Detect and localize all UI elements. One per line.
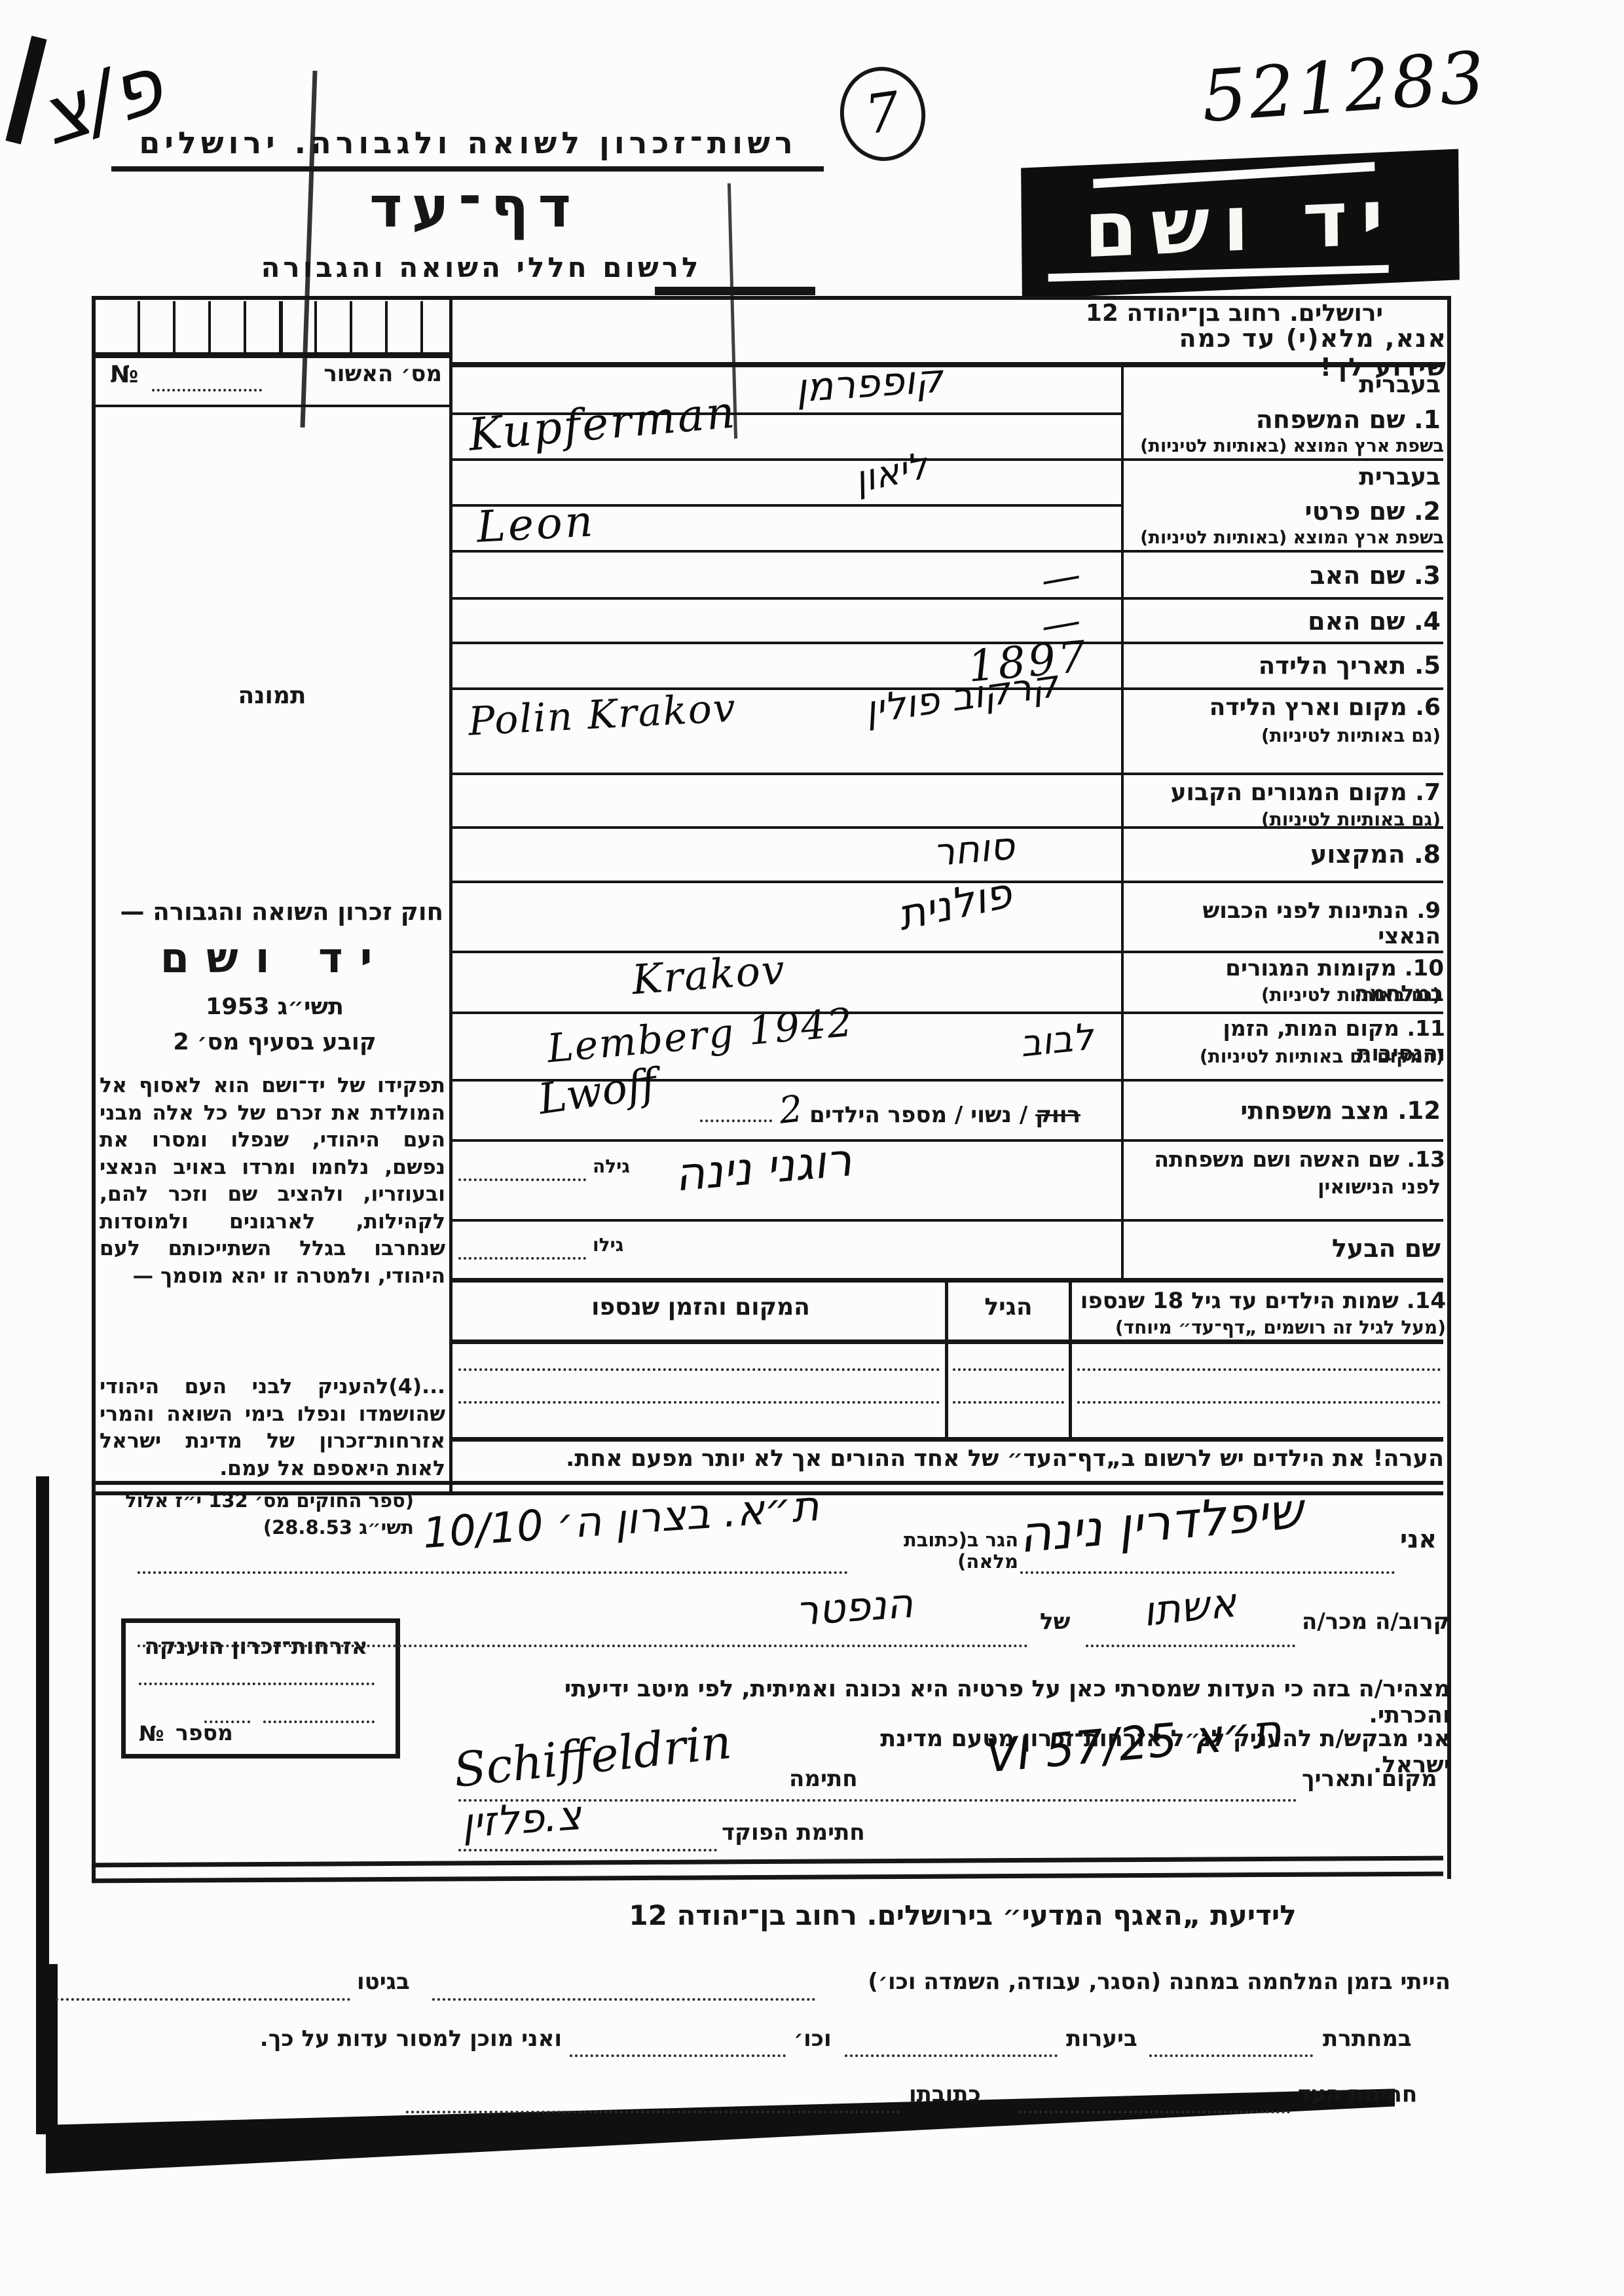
serial-tick [138, 301, 140, 352]
double-line-top-1 [92, 1481, 1443, 1485]
children-row-blank [953, 1401, 1064, 1404]
law-title: חוק זכרון השואה והגבורה — [106, 898, 443, 926]
clerk-signature-blank [458, 1849, 717, 1851]
form-subtitle: לרשום חללי השואה והגבורה [206, 252, 756, 283]
field1-lang-note: בעברית [1133, 371, 1441, 398]
circled-number-value: 7 [862, 85, 903, 143]
org-title-underline [111, 166, 824, 172]
header-address: ירושלים. רחוב בן־יהודה 12 [1018, 300, 1450, 327]
law-year: תשי״ג 1953 [106, 994, 443, 1020]
field12-separator [451, 1139, 1443, 1142]
approval-no-label: מס׳ האשור [278, 361, 442, 387]
field4-separator [451, 642, 1443, 644]
ghetto-label: בגיטו [357, 1969, 410, 1995]
children-row-blank [458, 1401, 940, 1404]
husband-age-blank [458, 1257, 586, 1260]
field10-separator [451, 1011, 1443, 1014]
children-row-blank [1077, 1401, 1441, 1404]
children-row-blank [953, 1368, 1064, 1371]
relation-blank [1086, 1645, 1295, 1647]
field1-label: 1. שם המשפחה [1133, 406, 1441, 435]
declarant-address-label: הגר ב(כתובת מלאה) [851, 1529, 1018, 1573]
tick-row-bottom [96, 352, 449, 358]
witness-address-label: כתובתו [909, 2082, 981, 2107]
left-column-divider [449, 296, 452, 1493]
declaration-statement: מצהיר/ה בזה כי העדות שמסרתי כאן על פרטיה… [501, 1676, 1450, 1729]
field12-option-married-children: / נשוי / מספר הילדים [809, 1102, 1035, 1128]
husband-label: שם הבעל [1133, 1235, 1441, 1264]
witness-signature-label: חתימת העד [1298, 2082, 1417, 2107]
field3-label: 3. שם האב [1133, 562, 1441, 591]
field11-sub-label: (המקום גם באותיות לטיניות) [1130, 1046, 1444, 1067]
camp-blank [432, 1998, 815, 2001]
field7-label: 7. מקום המגורים הקבוע [1133, 779, 1441, 806]
citizenship-blank-2 [263, 1721, 375, 1723]
field6-label: 6. מקום וארץ הלידה [1133, 694, 1441, 721]
children-row-blank [1077, 1368, 1441, 1371]
field14-sub-label: (מעל לגיל זה רושמים „דף־עד״ מיוחד) [1079, 1317, 1446, 1338]
forests-blank [845, 2054, 1058, 2057]
field1-separator [451, 458, 1443, 461]
underground-blank [1149, 2054, 1313, 2057]
serial-number-handwritten: 521283 [1200, 43, 1490, 133]
field12-option-single: רווק [1035, 1102, 1080, 1128]
field12-label: 12. מצב משפחתי [1133, 1097, 1441, 1125]
serial-tick [279, 301, 283, 352]
field8-value: סוחר [932, 827, 1016, 872]
scan-edge-bar [36, 1476, 49, 2134]
serial-tick [350, 301, 352, 352]
clerk-signature-handwritten: צ.פלזין [460, 1795, 583, 1844]
children-table-vline [945, 1283, 948, 1437]
field5-label: 5. תאריך הלידה [1133, 652, 1441, 680]
footer-notice: לידיעת „האגף המדעי״ בירושלים. רחוב בן־יה… [537, 1900, 1388, 1931]
clerk-signature-label: חתימת הפוקד [722, 1820, 865, 1846]
field13-age-label: גילה [593, 1156, 630, 1177]
children-note: הערה! את הילדים יש לרשום ב„דף־העד״ של אח… [458, 1446, 1444, 1472]
law-reference: (ספר החוקים מס׳ 132 י״ז אלול תשי״ג 28.8.… [106, 1487, 414, 1540]
signature-label: חתימה [789, 1766, 858, 1792]
scan-edge-bar [49, 1964, 58, 2128]
field2-sub-label: בשפת ארץ המוצא (באותיות לטיניות) [1126, 528, 1444, 548]
field2-value-latin: Leon [475, 500, 596, 549]
witness-address-blank [406, 2111, 900, 2113]
children-col-age: הגיל [950, 1294, 1067, 1321]
children-col-place: המקום והזמן שנספו [458, 1294, 943, 1321]
yad-vashem-logo: יד ושם [1021, 149, 1460, 299]
children-header-line [451, 1339, 1443, 1344]
field9-label: 9. הנתינות לפני הכבוש הנאצי [1133, 898, 1441, 949]
field13-sub-label: לפני הנישואין [1133, 1176, 1441, 1199]
of-handwritten: הנפטר [794, 1583, 914, 1631]
approval-no-symbol: № [110, 361, 138, 388]
place-date-label: מקום ותאריך [1302, 1766, 1437, 1792]
testify-statement: ואני מוכן למסור עדות על כך. [248, 2026, 562, 2052]
relation-handwritten: אשתו [1141, 1582, 1238, 1633]
field2-separator [451, 550, 1443, 553]
field6-separator [451, 773, 1443, 775]
field10-value: Krakov [631, 949, 787, 1000]
field1-value-hebrew: קופפרמן [794, 359, 944, 409]
husband-age-label: גילו [593, 1235, 623, 1256]
approval-row-line [96, 405, 449, 407]
field3-separator [451, 597, 1443, 600]
citizenship-blank-1 [139, 1683, 375, 1685]
serial-tick [244, 301, 246, 352]
field6-sub-label: (גם באותיות לטיניות) [1133, 725, 1441, 746]
serial-tick [420, 301, 423, 352]
org-title: רשות־זכרון לשואה ולגבורה. ירושלים [111, 126, 825, 160]
citizenship-number-label: מספר [175, 1721, 233, 1745]
field14-label: 14. שמות הילדים עד גיל 18 שנספו [1079, 1288, 1446, 1314]
field12-printed-options: רווק / נשוי / מספר הילדים 2 [661, 1092, 1080, 1129]
form-title: דף־עד [357, 175, 593, 240]
children-table-bottom [451, 1437, 1443, 1442]
declarant-name-blank [1020, 1571, 1395, 1574]
serial-tick [385, 301, 388, 352]
serial-tick [208, 301, 211, 352]
instruction-underline [451, 362, 1443, 367]
camp-line-label: הייתי בזמן המלחמה במחנה (הסגר, עבודה, הש… [822, 1969, 1450, 1995]
page-of-testimony-scan: פ/צ רשות־זכרון לשואה ולגבורה. ירושלים דף… [0, 0, 1624, 2296]
field1-sub-label: בשפת ארץ המוצא (באותיות לטיניות) [1126, 436, 1444, 456]
field2-label: 2. שם פרטי [1133, 498, 1441, 526]
field13-age-blank [458, 1178, 586, 1181]
scan-bottom-wedge [46, 2085, 1395, 2174]
children-row-blank [458, 1368, 940, 1371]
field13-label: 13. שם האשה ושם משפחתה [1128, 1147, 1445, 1172]
field13-separator [451, 1219, 1443, 1222]
relation-label: קרוב/ה מכר/ה [1302, 1609, 1450, 1635]
field4-label: 4. שם האם [1133, 608, 1441, 636]
etc-label: וכו׳ [794, 2026, 832, 2052]
declarant-i-label: אני [1400, 1525, 1437, 1554]
law-yad-vashem: יד ושם [106, 935, 443, 983]
yad-vashem-logo-text: יד ושם [1084, 173, 1397, 275]
law-body: תפקידו של יד־ושם הוא לאסוף אל המולדת את … [100, 1072, 445, 1290]
witness-signature-blank [1018, 2111, 1290, 2113]
ghetto-blank [56, 1998, 350, 2001]
declarant-address-blank [138, 1571, 848, 1574]
serial-tick [173, 301, 175, 352]
field8-label: 8. המקצוע [1133, 841, 1441, 869]
approval-no-blank [152, 389, 262, 392]
husband-separator [451, 1278, 1443, 1283]
children-table-vline [1069, 1283, 1072, 1437]
field12-dotted-blank [700, 1120, 772, 1122]
serial-tick [314, 301, 317, 352]
underground-label: במחתרת [1323, 2026, 1412, 2052]
forests-label: ביערות [1066, 2026, 1137, 2052]
field13-value: רוגני נינה [673, 1137, 853, 1197]
field11-value-hebrew: לבוב [1018, 1019, 1095, 1063]
citizenship-number-symbol: № [139, 1722, 164, 1746]
law-body-2: ‏...(4)להעניק לבני העם היהודי שהושמדו ונ… [100, 1374, 445, 1482]
field3-value: — [1038, 555, 1084, 600]
etc-blank [570, 2054, 786, 2057]
field10-sub-label: (גם באותיות לטיניות) [1133, 985, 1441, 1006]
photo-label: תמונה [215, 682, 329, 709]
field2-lang-note: בעברית [1133, 464, 1441, 490]
of-label: של [1040, 1609, 1070, 1635]
of-blank [138, 1645, 1028, 1647]
field9-separator [451, 951, 1443, 953]
circled-number: 7 [834, 62, 932, 167]
subtitle-underline [655, 287, 815, 295]
field12-children-count: 2 [777, 1091, 804, 1129]
place-date-blank [776, 1799, 1297, 1802]
law-section: קובע בסעיף מס׳ 2 [106, 1029, 443, 1055]
